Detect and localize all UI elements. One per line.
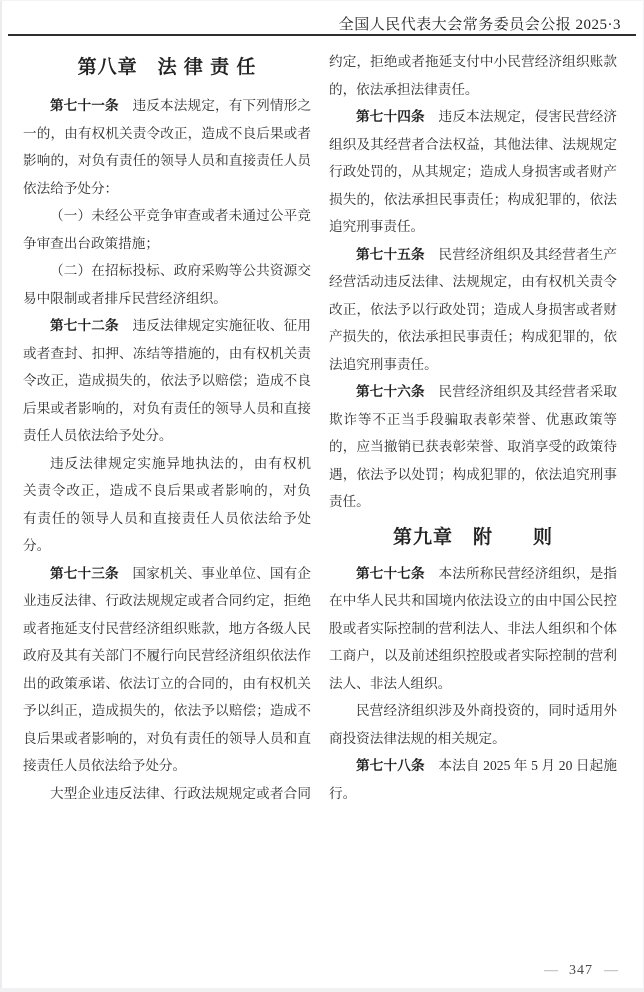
text-line: 或者拖延支付民营经济组织账款，地方各级人民 — [23, 615, 311, 643]
text-line: 行政处罚的，从其规定；造成人身损害或者财产 — [329, 158, 617, 186]
text-line: 第七十七条 本法所称民营经济组织，是指 — [329, 560, 617, 588]
text-line: 商投资法律法规的相关规定。 — [329, 725, 617, 753]
text-line: 接责任人员依法给予处分。 — [23, 752, 311, 780]
article-number: 第七十五条 — [356, 247, 425, 262]
article-number: 第七十八条 — [356, 758, 425, 773]
article-number: 第七十四条 — [356, 109, 425, 124]
text-line: 组织及其经营者合法权益，其他法律、法规规定 — [329, 131, 617, 159]
text-line: 追究刑事责任。 — [329, 213, 617, 241]
text-line: 行。 — [329, 780, 617, 808]
text-line: 第七十五条 民营经济组织及其经营者生产 — [329, 241, 617, 269]
text-line: 经营活动违反法律、法规规定，由有权机关责令 — [329, 268, 617, 296]
text-line: 第七十四条 违反本法规定，侵害民营经济 — [329, 103, 617, 131]
gazette-header: 全国人民代表大会常务委员会公报 2025·3 — [339, 13, 621, 34]
text-line: 股或者实际控制的营利法人、非法人组织和个体 — [329, 615, 617, 643]
footer-dash-left: — — [544, 963, 558, 978]
chapter-heading: 第九章 附 则 — [329, 518, 617, 558]
text-line: 良后果或者影响的，对负有责任的领导人员和直 — [23, 725, 311, 753]
text-line: 后果或者影响的，对负有责任的领导人员和直接 — [23, 395, 311, 423]
text-line: 产损失的，依法承担民事责任；构成犯罪的，依 — [329, 323, 617, 351]
article-number: 第七十六条 — [356, 384, 425, 399]
text-line: 予以纠正，造成损失的，依法予以赔偿；造成不 — [23, 697, 311, 725]
article-number: 第七十二条 — [50, 318, 119, 333]
text-line: 第七十六条 民营经济组织及其经营者采取 — [329, 378, 617, 406]
page-edge-left — [0, 0, 2, 992]
footer-number: 347 — [569, 963, 593, 978]
text-line: 大型企业违反法律、行政法规规定或者合同 — [23, 780, 311, 808]
text-line: 或者查封、扣押、冻结等措施的，由有权机关责 — [23, 340, 311, 368]
text-line: 争审查出台政策措施； — [23, 230, 311, 258]
text-line: 关责令改正，造成不良后果或者影响的，对负 — [23, 477, 311, 505]
text-line: 在中华人民共和国境内依法设立的由中国公民控 — [329, 587, 617, 615]
text-line: 违反法律规定实施异地执法的，由有权机 — [23, 450, 311, 478]
left-column: 第八章 法 律 责 任第七十一条 违反本法规定，有下列情形之一的，由有权机关责令… — [23, 48, 311, 807]
text-line: 出的政策承诺、依法订立的合同的，由有权机关 — [23, 670, 311, 698]
text-line: 法人、非法人组织。 — [329, 670, 617, 698]
text-line: 第七十三条 国家机关、事业单位、国有企 — [23, 560, 311, 588]
article-number: 第七十七条 — [356, 566, 425, 581]
text-line: 约定，拒绝或者拖延支付中小民营经济组织账款 — [329, 48, 617, 76]
article-number: 第七十三条 — [50, 566, 119, 581]
header-rule — [8, 34, 636, 36]
text-line: 欺诈等不正当手段骗取表彰荣誉、优惠政策等 — [329, 406, 617, 434]
chapter-heading: 第八章 法 律 责 任 — [23, 48, 311, 88]
text-line: （二）在招标投标、政府采购等公共资源交 — [23, 257, 311, 285]
text-line: 业违反法律、行政法规规定或者合同约定，拒绝 — [23, 587, 311, 615]
text-line: 影响的，对负有责任的领导人员和直接责任人员 — [23, 147, 311, 175]
page-edge-bottom — [0, 988, 644, 992]
text-line: （一）未经公平竞争审查或者未通过公平竞 — [23, 202, 311, 230]
text-line: 第七十二条 违反法律规定实施征收、征用 — [23, 312, 311, 340]
text-line: 法追究刑事责任。 — [329, 351, 617, 379]
footer-dash-right: — — [604, 963, 618, 978]
text-line: 第七十一条 违反本法规定，有下列情形之 — [23, 92, 311, 120]
text-line: 易中限制或者排斥民营经济组织。 — [23, 285, 311, 313]
text-line: 政府及其有关部门不履行向民营经济组织依法作 — [23, 642, 311, 670]
text-line: 依法给予处分： — [23, 175, 311, 203]
text-line: 民营经济组织涉及外商投资的，同时适用外 — [329, 697, 617, 725]
text-line: 工商户，以及前述组织控股或者实际控制的营利 — [329, 642, 617, 670]
page-number: —347— — [544, 963, 618, 979]
text-line: 责任人员依法给予处分。 — [23, 422, 311, 450]
gazette-title: 全国人民代表大会常务委员会公报 2025·3 — [339, 17, 621, 33]
text-line: 责任。 — [329, 488, 617, 516]
text-line: 的，依法承担法律责任。 — [329, 76, 617, 104]
article-number: 第七十一条 — [50, 98, 119, 113]
text-line: 的，应当撤销已获表彰荣誉、取消享受的政策待 — [329, 433, 617, 461]
text-line: 分。 — [23, 532, 311, 560]
text-line: 有责任的领导人员和直接责任人员依法给予处 — [23, 505, 311, 533]
page-edge-top — [0, 0, 644, 1]
right-column: 约定，拒绝或者拖延支付中小民营经济组织账款的，依法承担法律责任。第七十四条 违反… — [329, 48, 617, 807]
text-line: 令改正，造成损失的，依法予以赔偿；造成不良 — [23, 367, 311, 395]
text-line: 损失的，依法承担民事责任；构成犯罪的，依法 — [329, 186, 617, 214]
text-line: 第七十八条 本法自 2025 年 5 月 20 日起施 — [329, 752, 617, 780]
text-line: 改正，依法予以行政处罚；造成人身损害或者财 — [329, 296, 617, 324]
text-line: 遇，依法予以处罚；构成犯罪的，依法追究刑事 — [329, 461, 617, 489]
text-line: 一的，由有权机关责令改正，造成不良后果或者 — [23, 120, 311, 148]
gazette-page: { "header": { "gazette_title": "全国人民代表大会… — [0, 0, 644, 992]
